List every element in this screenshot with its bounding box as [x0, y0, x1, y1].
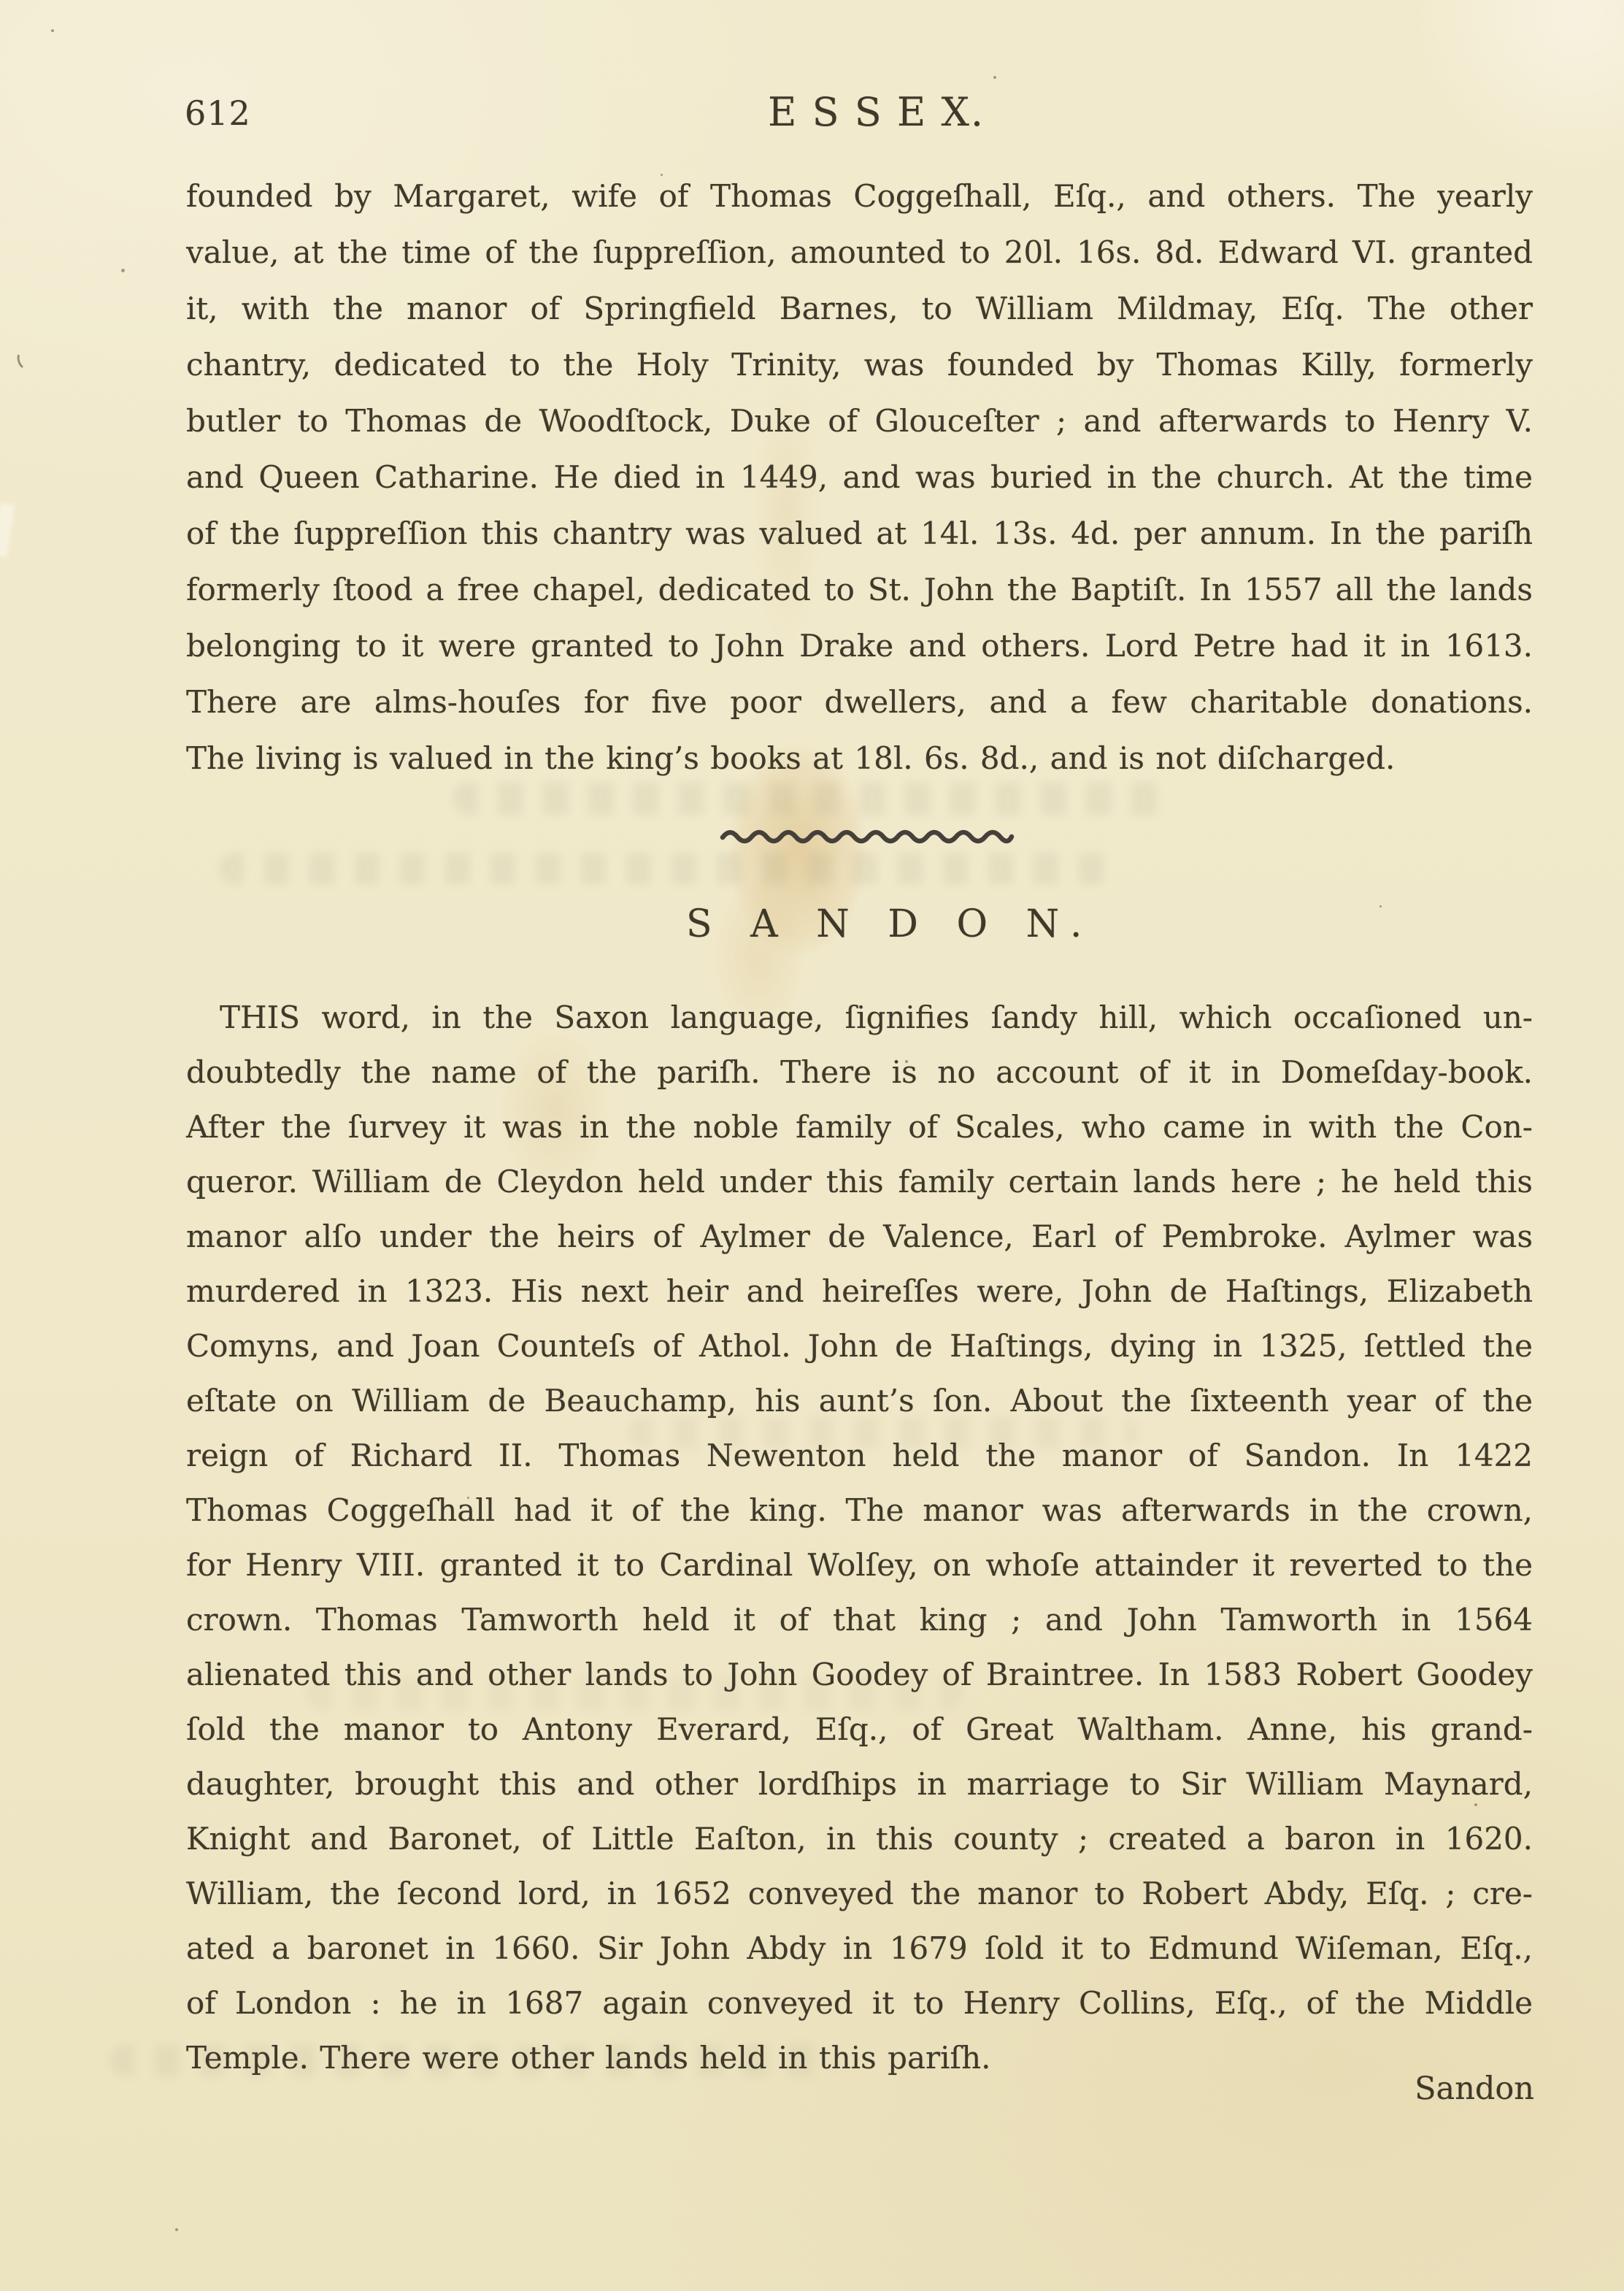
text-line: The living is valued in the king’s books… — [186, 730, 1533, 786]
wavy-divider-ornament — [720, 826, 1015, 845]
book-page: 612 E S S E X. founded by Margaret, wife… — [0, 0, 1624, 2291]
paragraph-2: THIS word, in the Saxon language, ſignif… — [186, 990, 1533, 2085]
text-line: formerly ſtood a free chapel, dedicated … — [186, 561, 1533, 618]
text-line: After the ſurvey it was in the noble fam… — [186, 1100, 1533, 1154]
text-line: founded by Margaret, wife of Thomas Cogg… — [186, 168, 1533, 224]
bleed-through-smudge — [219, 853, 1124, 885]
bleed-through-smudge — [453, 783, 1168, 815]
text-line: manor alſo under the heirs of Aylmer de … — [186, 1209, 1533, 1264]
text-line: of London : he in 1687 again conveyed it… — [186, 1976, 1533, 2030]
text-line: eſtate on William de Beauchamp, his aunt… — [186, 1373, 1533, 1428]
text-line: Thomas Coggeſhall had it of the king. Th… — [186, 1483, 1533, 1538]
text-line: There are alms-houſes for five poor dwel… — [186, 674, 1533, 730]
text-line: crown. Thomas Tamworth held it of that k… — [186, 1592, 1533, 1647]
text-line: belonging to it were granted to John Dra… — [186, 618, 1533, 674]
text-line: daughter, brought this and other lordſhi… — [186, 1757, 1533, 1811]
text-line: queror. William de Cleydon held under th… — [186, 1154, 1533, 1209]
section-heading: S A N D O N. — [686, 902, 1095, 946]
text-line: murdered in 1323. His next heir and heir… — [186, 1264, 1533, 1319]
dust-speck — [175, 2228, 178, 2231]
text-line: Comyns, and Joan Counteſs of Athol. John… — [186, 1319, 1533, 1373]
text-line: ſold the manor to Antony Everard, Eſq., … — [186, 1702, 1533, 1757]
running-title: E S S E X. — [768, 89, 985, 135]
text-line: of the ſuppreſſion this chantry was valu… — [186, 505, 1533, 561]
text-line: Temple. There were other lands held in t… — [186, 2030, 1533, 2085]
text-line: and Queen Catharine. He died in 1449, an… — [186, 449, 1533, 505]
text-line: Knight and Baronet, of Little Eaſton, in… — [186, 1811, 1533, 1866]
page-number: 612 — [185, 93, 251, 133]
dust-speck — [51, 29, 54, 32]
text-line: value, at the time of the ſuppreſſion, a… — [186, 224, 1533, 280]
text-line: THIS word, in the Saxon language, ſignif… — [186, 990, 1533, 1045]
paragraph-1: founded by Margaret, wife of Thomas Cogg… — [186, 168, 1533, 786]
dust-speck — [1379, 905, 1382, 907]
text-line: chantry, dedicated to the Holy Trinity, … — [186, 337, 1533, 393]
text-line: for Henry VIII. granted it to Cardinal W… — [186, 1538, 1533, 1592]
text-line: alienated this and other lands to John G… — [186, 1647, 1533, 1702]
page-edge-nick — [0, 503, 15, 557]
catchword: Sandon — [1415, 2071, 1534, 2107]
text-line: butler to Thomas de Woodſtock, Duke of G… — [186, 393, 1533, 449]
text-line: doubtedly the name of the pariſh. There … — [186, 1045, 1533, 1100]
dust-speck — [121, 269, 125, 272]
dust-speck — [993, 76, 996, 79]
text-line: reign of Richard II. Thomas Newenton hel… — [186, 1428, 1533, 1483]
ink-mark — [15, 349, 33, 371]
text-line: William, the ſecond lord, in 1652 convey… — [186, 1866, 1533, 1921]
text-line: ated a baronet in 1660. Sir John Abdy in… — [186, 1921, 1533, 1976]
text-line: it, with the manor of Springfield Barnes… — [186, 280, 1533, 337]
